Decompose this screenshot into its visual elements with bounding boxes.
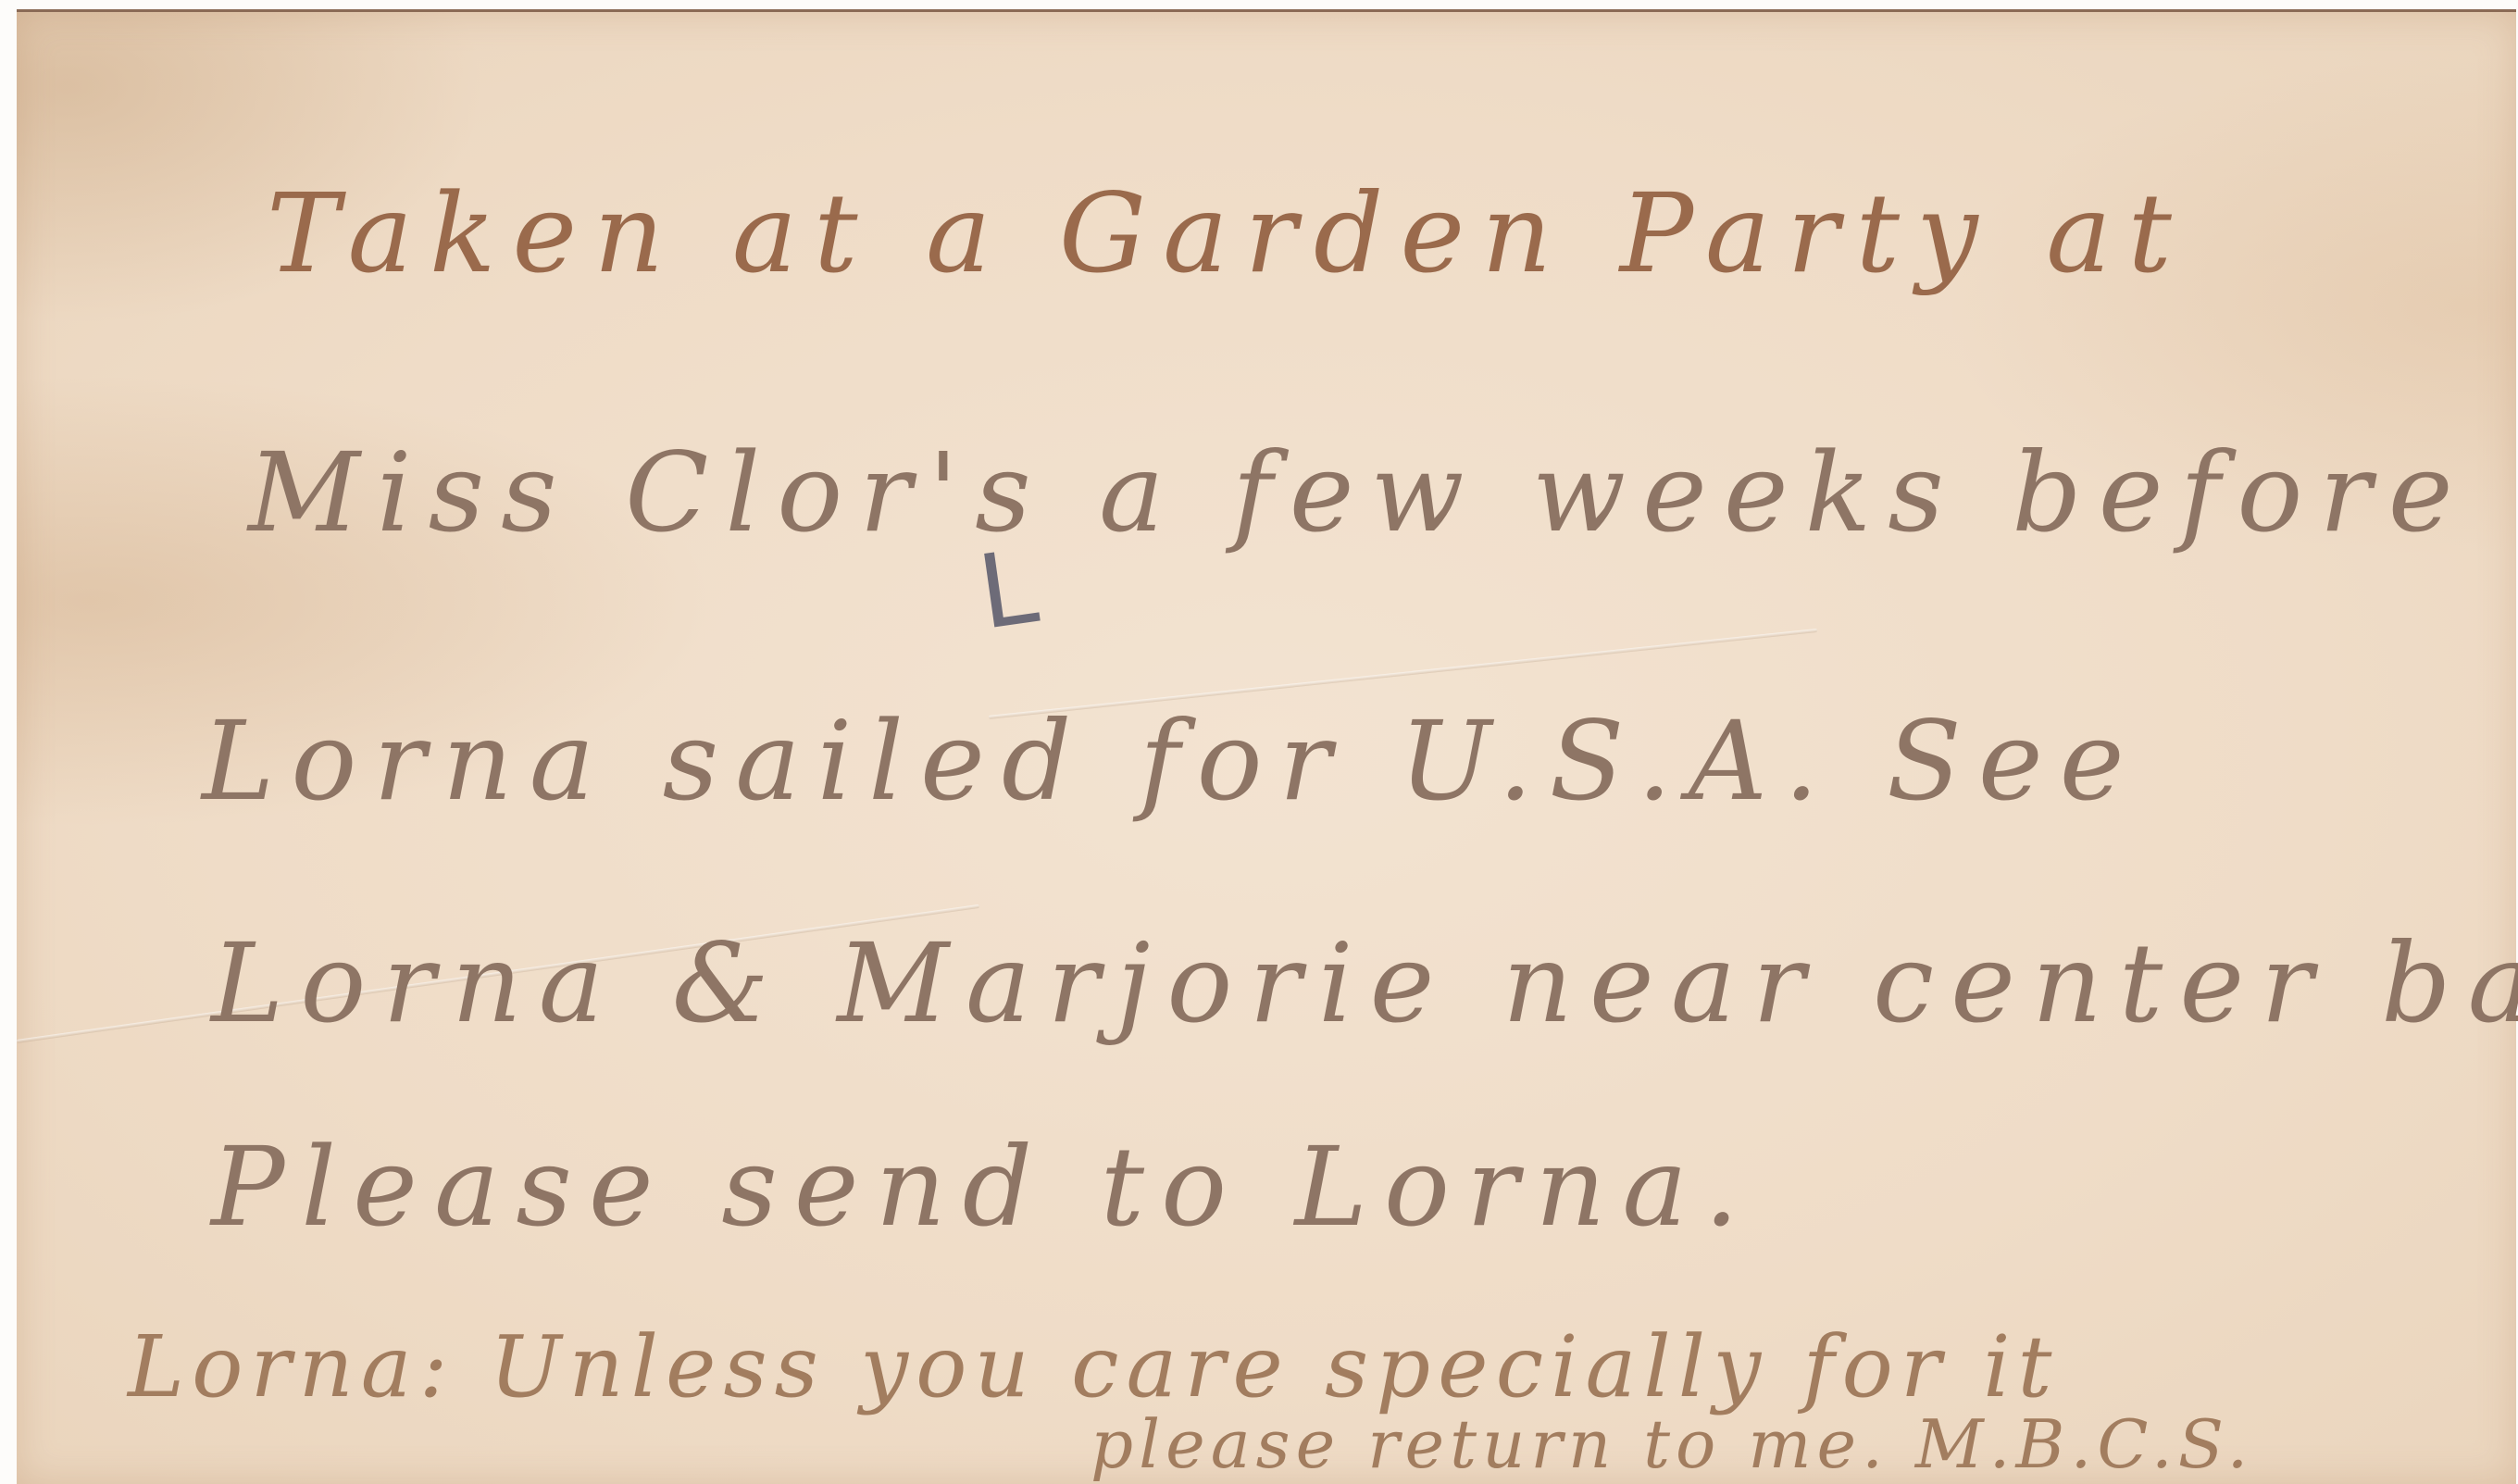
note-line-4: Lorna & Marjorie near center back.: [211, 919, 2518, 1047]
note-line-5: Please send to Lorna.: [211, 1123, 1755, 1251]
note-line-1: Taken at a Garden Party at: [267, 169, 2188, 297]
note-line-6: Lorna: Unless you care specially for it: [128, 1317, 2060, 1416]
note-line-3: Lorna sailed for U.S.A. See: [202, 697, 2141, 825]
note-card: Taken at a Garden Party at Miss Clor's a…: [17, 9, 2516, 1481]
note-line-2: Miss Clor's a few weeks before: [248, 429, 2470, 556]
note-signature-line: please return to me. M.B.C.S.: [1091, 1405, 2253, 1481]
